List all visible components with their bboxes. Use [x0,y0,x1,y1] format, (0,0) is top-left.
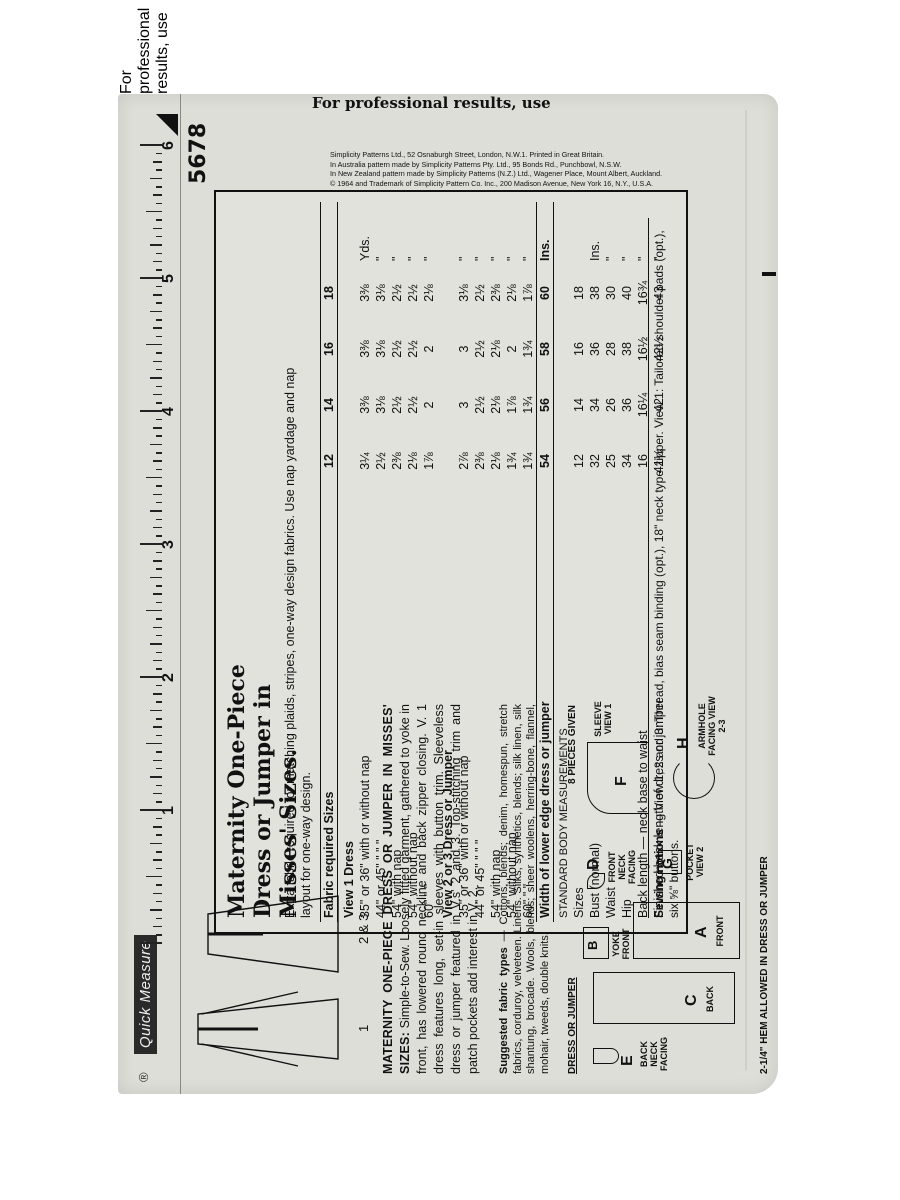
table-cell: 28 [603,321,619,377]
table-cell: Yds. [357,202,373,265]
table-cell [437,433,456,489]
ruler-tick [156,868,162,870]
table-cell: 26 [603,377,619,433]
table-cell: 38 [619,321,635,377]
table-cell: 34 [587,377,603,433]
table-cell: 2⅛ [488,377,504,433]
table-cell: " [373,202,389,265]
ruler-tick [156,502,162,504]
table-cell: 1¾ [520,433,537,489]
suggested-fabrics: Suggested fabric types — Cottons, blends… [498,704,552,1074]
ruler-number: 5 [160,274,178,283]
address-line: In Australia pattern made by Simplicity … [330,160,730,170]
table-cell: " [405,202,421,265]
piece-d-letter: D [585,858,603,870]
piece-g-letter: G [659,858,675,869]
table-cell: 2⅜ [389,433,405,489]
piece-h-letter: H [675,737,693,749]
ruler-tick [156,352,162,354]
ruler-tick [156,934,162,936]
ruler-tick [156,735,162,737]
ruler-tick [156,552,162,554]
table-cell: Ins. [537,202,554,265]
ruler-tick [156,519,162,521]
table-cell: 34 [619,433,635,489]
ruler-tick [153,494,162,496]
ruler-tick [140,145,162,147]
piece-c-letter: C [683,994,701,1006]
table-cell [554,265,572,321]
ruler-tick [153,726,162,728]
ruler-tick [153,893,162,895]
ruler-tick [153,859,162,861]
table-cell: 3⅜ [357,265,373,321]
ruler-tick [156,901,162,903]
table-cell [338,377,358,433]
ruler-tick [150,178,162,180]
table-cell: 3⅜ [357,377,373,433]
ruler-tick [156,336,162,338]
table-cell: 3⅛ [373,321,389,377]
table-cell: 2⅛ [488,433,504,489]
table-cell: 3 [456,321,472,377]
piece-e-back-neck-facing [593,1048,619,1064]
table-cell: " [389,202,405,265]
ruler-tick [156,568,162,570]
professional-results-text: For professional results, use [312,94,551,112]
table-cell: " [504,202,520,265]
pieces-count: 8 PIECES GIVEN [567,705,578,784]
hem-note: 2-1/4" HEM ALLOWED IN DRESS OR JUMPER [759,856,770,1074]
table-cell [554,377,572,433]
piece-h-label: ARMHOLE FACING VIEW 2-3 [697,696,727,756]
ruler-tick [153,161,162,163]
ruler-tick [153,560,162,562]
table-cell: 1⅞ [504,377,520,433]
table-cell: 2 [421,321,437,377]
table-cell: 2½ [472,321,488,377]
ruler-tick [156,153,162,155]
table-cell: 14 [571,377,587,433]
table-cell: Ins. [587,202,603,265]
table-cell [338,202,358,265]
ruler-tick [156,286,162,288]
table-cell: 2½ [405,377,421,433]
ruler-tick [156,302,162,304]
table-cell: 58 [537,321,554,377]
table-cell [338,321,358,377]
ruler-tick [156,918,162,920]
table-cell: 1¾ [520,377,537,433]
table-cell: 30 [603,265,619,321]
table-cell: 12 [321,433,338,489]
ruler-tick [140,544,162,546]
piece-h-armhole-facing [673,757,715,799]
ruler-number: 1 [160,806,178,815]
table-cell: 12 [571,433,587,489]
publisher-address-block: Simplicity Patterns Ltd., 52 Osnaburgh S… [330,150,730,188]
suggested-fabrics-label: Suggested fabric types [498,947,510,1074]
ruler-tick [150,444,162,446]
table-cell: 2⅛ [421,265,437,321]
ruler-end-triangle-icon [156,114,178,136]
ruler-tick [156,701,162,703]
table-cell [437,202,456,265]
ruler-tick [156,485,162,487]
ruler-tick [156,319,162,321]
ruler-tick [153,926,162,928]
table-cell [437,377,456,433]
ruler-tick [150,776,162,778]
table-cell: 2½ [472,377,488,433]
extra-fabric-note: Extra fabric required for matching plaid… [282,358,314,918]
table-cell: 2⅛ [504,265,520,321]
table-cell [554,321,572,377]
table-cell: 2½ [373,433,389,489]
ruler-tick [156,851,162,853]
quick-measure-label: Quick Measure [134,935,157,1054]
fabric-header-row: Fabric required Sizes12141618 [321,202,338,922]
table-cell: 38 [587,265,603,321]
ruler-tick [153,228,162,230]
table-cell: " [456,202,472,265]
piece-f-label: SLEEVE VIEW 1 [593,699,613,739]
ruler-tick [146,610,162,612]
ruler-tick [156,618,162,620]
table-cell: 36 [587,321,603,377]
ruler-tick [153,593,162,595]
table-row: 35" or 36" with or without nap3¼3⅜3⅜3⅜Yd… [357,202,373,922]
table-cell: 2⅞ [456,433,472,489]
table-cell: 18 [321,265,338,321]
ruler-tick [156,685,162,687]
table-cell: 60 [537,265,554,321]
table-cell: 56 [537,377,554,433]
ruler-tick [146,743,162,745]
ruler-tick [156,186,162,188]
ruler-tick [140,278,162,280]
piece-a-label: FRONT [715,911,725,951]
view23-label: 2 & 3 [356,914,371,944]
ruler-tick [150,909,162,911]
ruler-tick [156,718,162,720]
ruler-tick [156,402,162,404]
ruler-number: 3 [160,540,178,549]
table-cell: " [421,202,437,265]
piece-d-front-neck-facing [587,873,605,889]
pattern-pieces-area: DRESS OR JUMPER 8 PIECES GIVEN 2-1/4" HE… [563,674,773,1074]
table-cell: 36 [619,377,635,433]
quick-measure-ruler: ® Quick Measure 123456 [118,94,181,1094]
piece-g-label: POCKET VIEW 2 [685,840,705,884]
table-cell: 2 [504,321,520,377]
table-cell: 25 [603,433,619,489]
piece-e-letter: E [619,1055,637,1066]
table-cell: 2½ [389,265,405,321]
ruler-tick [150,377,162,379]
table-cell: 1¾ [520,321,537,377]
table-cell [437,321,456,377]
pattern-description: MATERNITY ONE-PIECE DRESS OR JUMPER IN M… [380,704,482,1074]
ruler-tick [150,710,162,712]
ruler-tick [156,435,162,437]
ruler-tick [150,311,162,313]
ruler-number: 6 [160,141,178,150]
table-cell: 2½ [405,265,421,321]
table-cell: 3⅛ [373,265,389,321]
ruler-tick [150,244,162,246]
ruler-tick [156,751,162,753]
ruler-tick [153,194,162,196]
ruler-tick [156,535,162,537]
address-line: Simplicity Patterns Ltd., 52 Osnaburgh S… [330,150,730,160]
envelope-content-rotated: ® Quick Measure 123456 For professional … [118,94,778,1094]
table-cell: 40 [619,265,635,321]
ruler-tick [140,810,162,812]
table-cell: 3⅛ [456,265,472,321]
ruler-tick [140,411,162,413]
ruler-tick [156,269,162,271]
ruler-tick [156,236,162,238]
table-cell: 3 [456,377,472,433]
table-cell: 3⅛ [373,377,389,433]
ruler-tick [153,793,162,795]
table-cell: 35" or 36" with or without nap [357,489,373,922]
table-cell: 16 [571,321,587,377]
pattern-number: 5678 [186,123,211,184]
table-cell: " [488,202,504,265]
ruler-ticks: 123456 [118,114,180,944]
ruler-tick [140,943,162,945]
table-cell: " [619,202,635,265]
ruler-tick [153,394,162,396]
table-cell [437,265,456,321]
ruler-tick [153,361,162,363]
table-cell: 2⅜ [488,265,504,321]
ruler-tick [150,843,162,845]
piece-b-letter: B [585,941,600,950]
ruler-tick [153,627,162,629]
address-line: In New Zealand pattern made by Simplicit… [330,169,730,179]
ruler-tick [146,477,162,479]
table-cell: Fabric required Sizes [321,489,338,922]
piece-f-letter: F [613,776,631,786]
ruler-tick [156,635,162,637]
ruler-tick [156,419,162,421]
table-cell: 32 [587,433,603,489]
table-cell: 2⅛ [405,433,421,489]
table-cell: 3¼ [357,433,373,489]
ruler-tick [153,261,162,263]
table-cell: 2½ [405,321,421,377]
registered-mark: ® [136,1072,151,1082]
ruler-tick [156,219,162,221]
ruler-number: 2 [160,673,178,682]
address-line: © 1964 and Trademark of Simplicity Patte… [330,179,730,189]
ruler-tick [153,327,162,329]
table-cell: 2½ [389,321,405,377]
ruler-tick [156,785,162,787]
ruler-tick [153,460,162,462]
ruler-tick [156,452,162,454]
ruler-tick [156,652,162,654]
table-cell: View 1 Dress [338,489,358,922]
ruler-tick [153,760,162,762]
section-row: View 1 Dress [338,202,358,922]
ruler-tick [156,386,162,388]
piece-e-label: BACK NECK FACING [639,1034,669,1074]
ruler-tick [156,369,162,371]
ruler-tick [146,344,162,346]
ruler-tick [156,169,162,171]
table-cell: 2 [421,377,437,433]
piece-d-label: FRONT NECK FACING [607,842,637,892]
ruler-tick [156,253,162,255]
table-cell: " [520,202,537,265]
professional-results-banner: For professional results, use [118,8,172,94]
ruler-tick [156,818,162,820]
piece-a-letter: A [693,926,711,938]
ruler-tick [156,834,162,836]
ruler-tick [140,677,162,679]
ruler-tick [156,768,162,770]
table-cell: " [603,202,619,265]
ruler-tick [146,876,162,878]
table-cell: 1⅞ [520,265,537,321]
ruler-tick [153,660,162,662]
ruler-tick [146,211,162,213]
ruler-tick [150,643,162,645]
table-cell: 16 [321,321,338,377]
ruler-tick [153,527,162,529]
ruler-tick [153,693,162,695]
table-cell: 14 [321,377,338,433]
view1-label: 1 [356,1025,371,1032]
table-cell [321,202,338,265]
table-cell: 1⅞ [421,433,437,489]
ruler-tick [156,469,162,471]
table-cell: 54 [537,433,554,489]
ruler-tick [156,585,162,587]
table-cell: " [472,202,488,265]
piece-b-label: YOKE FRONT [611,924,631,964]
table-cell [338,265,358,321]
ruler-tick [156,203,162,205]
table-cell [554,202,572,265]
ruler-tick [153,427,162,429]
table-cell: 18 [571,265,587,321]
ruler-tick [156,668,162,670]
table-cell: 3⅜ [357,321,373,377]
table-cell: 1¾ [504,433,520,489]
ruler-tick [156,884,162,886]
table-cell: 2⅜ [472,433,488,489]
description-body: Simple-to-Sew. Loosely fitted garment, g… [398,704,480,1074]
table-cell: 2½ [472,265,488,321]
ruler-tick [153,826,162,828]
ruler-tick [150,510,162,512]
table-cell: 2½ [389,377,405,433]
table-cell [554,433,572,489]
table-cell [571,202,587,265]
ruler-number: 4 [160,407,178,416]
piece-c-label: BACK [705,982,715,1016]
ruler-tick [156,602,162,604]
table-cell [338,433,358,489]
ruler-tick [153,294,162,296]
pieces-section-title: DRESS OR JUMPER [567,977,578,1074]
ruler-tick [150,577,162,579]
ruler-tick [156,801,162,803]
table-cell: 2⅛ [488,321,504,377]
